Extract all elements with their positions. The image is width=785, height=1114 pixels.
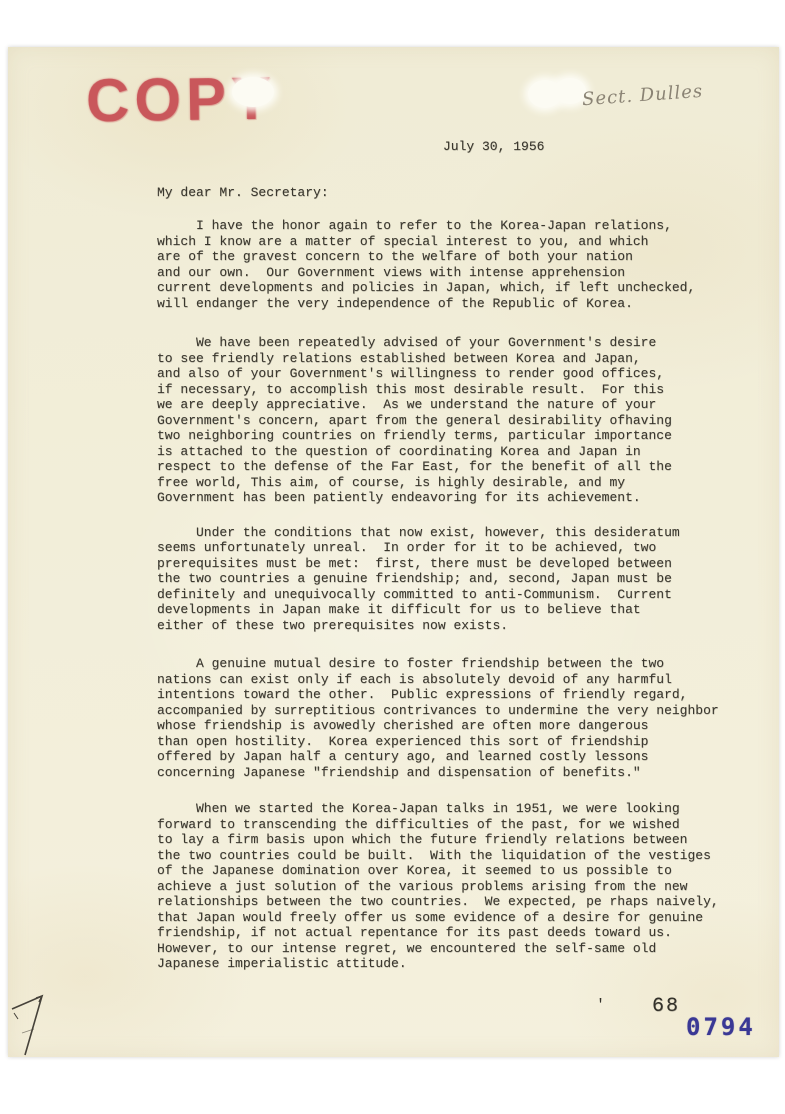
letter-body: July 30, 1956 My dear Mr. Secretary: I h… [157, 139, 747, 972]
salutation: My dear Mr. Secretary: [157, 185, 747, 201]
paragraph: We have been repeatedly advised of your … [157, 335, 747, 506]
handwritten-annotation: Sect. Dulles [581, 81, 703, 110]
paragraph: A genuine mutual desire to foster friend… [157, 656, 747, 780]
page-number: 68 [652, 995, 680, 1018]
date-line: July 30, 1956 [157, 139, 747, 155]
paragraph: I have the honor again to refer to the K… [157, 218, 747, 311]
handwritten-corner-mark-icon [8, 993, 72, 1059]
serial-number-stamp: 0794 [686, 1013, 756, 1041]
letter-page: COPY Sect. Dulles July 30, 1956 My dear … [8, 47, 779, 1057]
scan-background: COPY Sect. Dulles July 30, 1956 My dear … [0, 0, 785, 1114]
paragraph: Under the conditions that now exist, how… [157, 525, 747, 634]
paragraph: When we started the Korea-Japan talks in… [157, 801, 747, 972]
whiteout-blob [232, 77, 274, 107]
pen-tick-mark: ' [596, 997, 605, 1014]
